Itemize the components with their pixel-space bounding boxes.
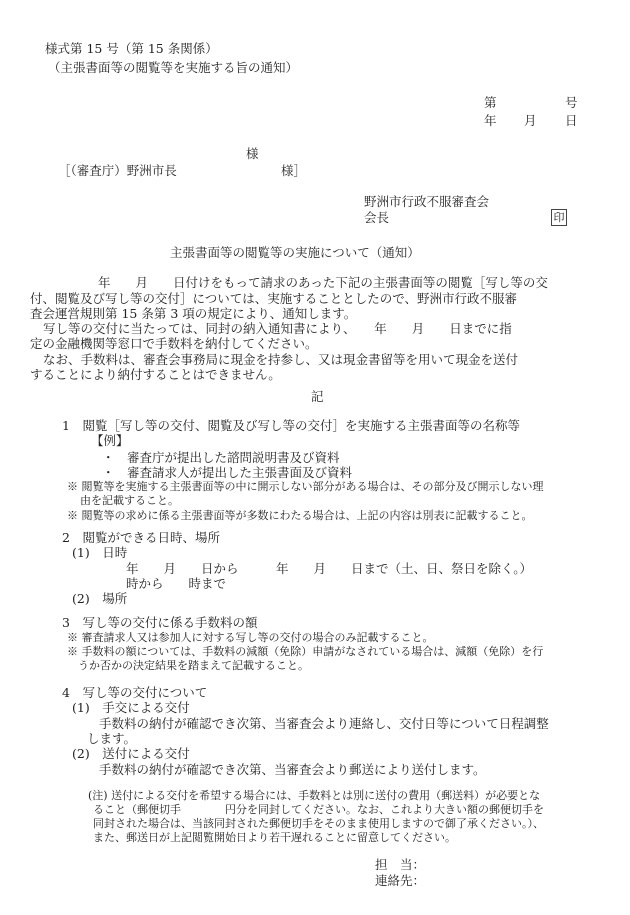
section1-note-2: ※ 閲覧等の求めに係る主張書面等が多数にわたる場合は、上記の内容は別表に記載する… [67, 509, 533, 523]
sender-organization: 野洲市行政不服審査会 [364, 194, 489, 210]
footnote-line-2: ること（郵便切手 円分を同封してください。なお、これより大きい額の郵便切手を [93, 803, 544, 817]
form-subtitle: （主張書面等の閲覧等を実施する旨の通知） [48, 60, 298, 76]
section2-date-range: 年 月 日から 年 月 日まで（土、日、祭日を除く。） [126, 561, 532, 577]
section2-time-range: 時から 時まで [126, 576, 226, 592]
date-year-label: 年 [484, 113, 497, 129]
section2-item2-label: (2) 場所 [72, 591, 127, 607]
contact-person-label: 担 当： [375, 857, 425, 873]
body-p3-line2: することにより納付することはできません。 [30, 367, 281, 383]
seal-stamp-box: 印 [551, 209, 567, 226]
section1-note-1: ※ 閲覧等を実施する主張書面等の中に開示しない部分がある場合は、その部分及び開示… [67, 480, 544, 494]
section1-bullet-2: ・ 審査請求人が提出した主張書面及び資料 [102, 465, 352, 481]
section2-heading: 2 閲覧ができる日時、場所 [62, 530, 220, 546]
section1-heading: 1 閲覧［写し等の交付、閲覧及び写し等の交付］を実施する主張書面等の名称等 [62, 418, 520, 434]
section3-note-2: ※ 手数料の額については、手数料の減額（免除）申請がなされている場合は、減額（免… [67, 645, 543, 659]
section4-item2-label: (2) 送付による交付 [72, 746, 190, 762]
section4-item1-text: 手数料の納付が確認でき次第、当審査会より連絡し、交付日等について日程調整 [99, 716, 549, 732]
section4-heading: 4 写し等の交付について [62, 685, 207, 701]
doc-number-prefix: 第 [484, 95, 497, 111]
section2-item1-label: (1) 日時 [72, 545, 127, 561]
section4-item1-text-cont: します。 [87, 731, 136, 747]
section1-example-label: 【例】 [91, 433, 129, 449]
section3-note-2-cont: うか否かの決定結果を踏まえて記載すること。 [78, 659, 309, 673]
footnote-line-3: 同封された場合は、当該同封された郵便切手をそのまま使用しますので御了承ください。… [93, 817, 544, 831]
addressee-honorific: 様 [246, 146, 259, 162]
doc-number-suffix: 号 [565, 95, 578, 111]
body-p3-line1: なお、手数料は、審査会事務局に現金を持参し、又は現金書留等を用いて現金を送付 [43, 352, 518, 368]
body-p2-line1: 写し等の交付に当たっては、同封の納入通知書により、 年 月 日までに指 [43, 321, 512, 337]
document-title: 主張書面等の閲覧等の実施について（通知） [170, 245, 420, 261]
body-p2-line2: 定の金融機関等窓口で手数料を納付してください。 [30, 336, 318, 352]
body-p1-line3: 査会運営規則第 15 条第 3 項の規定により、通知します。 [30, 306, 356, 322]
form-number: 様式第 15 号（第 15 条関係） [45, 41, 218, 57]
section3-note-1: ※ 審査請求人又は参加人に対する写し等の交付の場合のみ記載すること。 [67, 631, 434, 645]
footnote-line-1: (注) 送付による交付を希望する場合には、手数料とは別に送付の費用（郵送料）が必… [88, 789, 540, 803]
agency-line-open: ［（審査庁）野洲市長 [58, 163, 177, 179]
section4-item1-label: (1) 手交による交付 [72, 700, 190, 716]
footnote-line-4: また、郵送日が上記閲覧開始日より若干遅れることに留意してください。 [93, 831, 456, 845]
ki-heading: 記 [311, 389, 324, 405]
body-p1-line2: 付、閲覧及び写し等の交付］については、実施することとしたので、野洲市行政不服審 [30, 291, 517, 307]
section4-item2-text: 手数料の納付が確認でき次第、当審査会より郵送により送付します。 [99, 762, 486, 778]
section1-bullet-1: ・ 審査庁が提出した諮問説明書及び資料 [102, 450, 340, 466]
sender-title: 会長 [364, 210, 389, 226]
date-day-label: 日 [565, 113, 578, 129]
section3-heading: 3 写し等の交付に係る手数料の額 [62, 615, 257, 631]
body-p1-line1: 年 月 日付けをもって請求のあった下記の主張書面等の閲覧［写し等の交 [98, 275, 548, 291]
date-month-label: 月 [524, 113, 537, 129]
agency-line-close: 様］ [281, 163, 306, 179]
section1-note-1-cont: 由を記載すること。 [80, 494, 179, 508]
contact-info-label: 連絡先： [375, 873, 425, 889]
